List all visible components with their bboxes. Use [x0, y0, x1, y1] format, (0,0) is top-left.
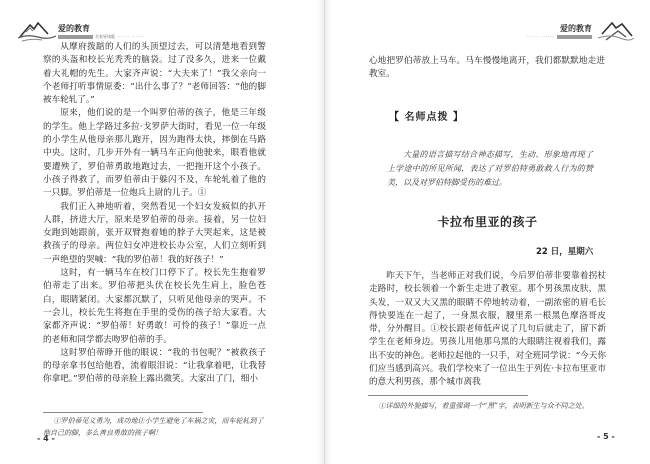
story-paragraph: 昨天下午，当老师正对我们说，今后罗伯蒂非要靠着拐杖走路时，校长领着一个新生走进了…: [369, 270, 606, 390]
header-bar: ······ ······: [525, 34, 592, 40]
page-number: - 4 -: [37, 434, 55, 443]
gray-bar: [58, 35, 93, 39]
header-subtitle: 名家导读版: [95, 34, 115, 40]
header-bar: 名家导读版 ······ ······: [58, 34, 144, 40]
mountain-logo-icon: [18, 20, 56, 42]
right-page: 爱的教育 ······ ······ 心地把罗伯蒂放上马车。马车慢慢地离开，我们…: [325, 0, 650, 464]
footnote: ①罗伯蒂见义勇为，成功地让小学生避免了车祸之灾，而车轮轧到了他自己的脚，多么善良…: [43, 415, 268, 439]
footnote-divider: [368, 395, 528, 396]
footnote: ①详细的外貌描写，着重强调一个“黑”字，表明新生与众不同之处。: [368, 400, 605, 412]
left-page: 爱的教育 名家导读版 ······ ······ 从摩府拨踮的人们的头顶望过去，…: [0, 0, 325, 464]
brand-title: 爱的教育: [560, 23, 592, 34]
footnote-divider: [43, 412, 203, 413]
gray-bar: [557, 35, 592, 39]
mountain-logo-icon: [596, 20, 634, 42]
teacher-comment: 大量的语言描写结合神态描写，生动、形象地再现了上学途中的所见所闻，表达了对罗伯特…: [387, 148, 593, 190]
paragraph: 这时罗伯蒂睁开他的眼说：“我的书包呢？”被救孩子的母亲拿书包给他看，流着眼泪说：…: [43, 347, 266, 387]
header-dots: ······ ······: [117, 34, 144, 40]
book-spread: 爱的教育 名家导读版 ······ ······ 从摩府拨踮的人们的头顶望过去，…: [0, 0, 650, 464]
dateline: 22 日，星期六: [536, 245, 593, 257]
paragraph: 原来，他们说的是一个叫罗伯蒂的孩子，他是三年级的学生。他上学路过多拉·戈罗萨大街…: [43, 107, 266, 200]
page-number: - 5 -: [597, 432, 615, 441]
paragraph: 这时，有一辆马车在校门口停下了。校长先生抱着罗伯蒂走了出来。罗伯蒂把头伏在校长先…: [43, 267, 266, 347]
paragraph: 从摩府拨踮的人们的头顶望过去，可以清楚地看到警察的头盔和校长光秃秃的脑袋。过了没…: [43, 41, 266, 107]
section-heading: 【 名师点拨 】: [389, 108, 464, 123]
story-title: 卡拉布里亚的孩子: [325, 213, 650, 230]
header-dots: ······ ······: [527, 34, 554, 40]
continued-paragraph: 心地把罗伯蒂放上马车。马车慢慢地离开，我们都默默地走进教室。: [369, 55, 605, 82]
paragraph: 昨天下午，当老师正对我们说，今后罗伯蒂非要靠着拐杖走路时，校长领着一个新生走进了…: [369, 270, 606, 390]
paragraph: 我们正入神地听着，突然看见一个妇女发疯似的扒开人群，挤进大厅，原来是罗伯蒂的母亲…: [43, 201, 266, 267]
brand-title: 爱的教育: [58, 23, 90, 34]
body-text: 从摩府拨踮的人们的头顶望过去，可以清楚地看到警察的头盔和校长光秃秃的脑袋。过了没…: [43, 41, 266, 387]
